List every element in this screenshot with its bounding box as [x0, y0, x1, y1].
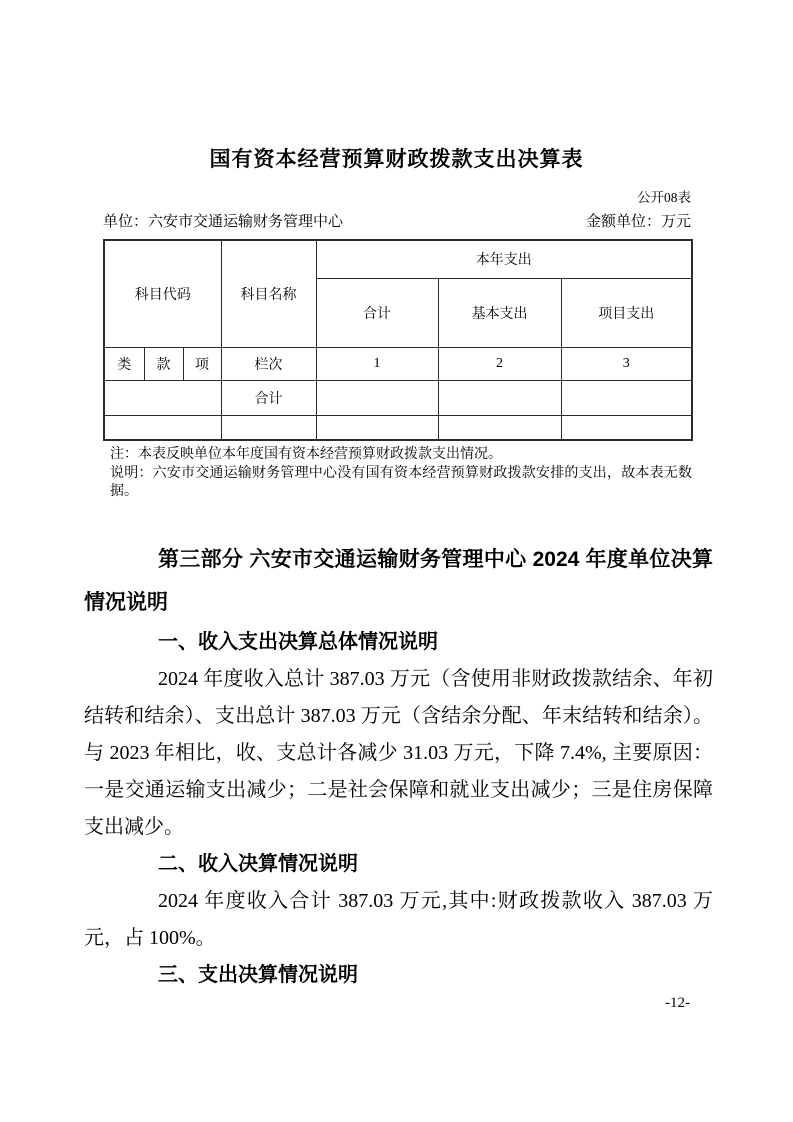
- cell-empty-basic: [438, 415, 561, 440]
- amount-unit-label: 金额单位：万元: [586, 214, 691, 231]
- cell-empty-project: [561, 415, 692, 440]
- th-basic-expenditure: 基本支出: [438, 278, 561, 347]
- paragraph-overview: 2024 年度收入总计 387.03 万元（含使用非财政拨款结余、年初结转和结余…: [84, 661, 713, 846]
- table-row-empty: [104, 415, 692, 440]
- th-subject-code: 科目代码: [104, 240, 221, 347]
- th-category: 类: [104, 347, 144, 380]
- heading-income-detail: 二、收入决算情况说明: [84, 846, 713, 883]
- unit-label: 单位：六安市交通运输财务管理中心: [103, 214, 343, 231]
- narrative-section: 第三部分 六安市交通运输财务管理中心 2024 年度单位决算情况说明 一、收入支…: [84, 538, 713, 994]
- th-subject-name: 科目名称: [221, 240, 316, 347]
- table-notes: 注：本表反映单位本年度国有资本经营预算财政拨款支出情况。 说明：六安市交通运输财…: [110, 446, 692, 502]
- budget-table: 科目代码 科目名称 本年支出 合计 基本支出 项目支出 类 款 项 栏次 1 2…: [103, 239, 693, 441]
- th-project-expenditure: 项目支出: [561, 278, 692, 347]
- cell-total-project: [561, 380, 692, 415]
- table-row-header-1: 科目代码 科目名称 本年支出: [104, 240, 692, 278]
- cell-total-code: [104, 380, 221, 415]
- cell-empty-sum: [316, 415, 438, 440]
- table-row-total: 合计: [104, 380, 692, 415]
- page-title: 国有资本经营预算财政拨款支出决算表: [0, 146, 793, 173]
- th-col-1: 1: [316, 347, 438, 380]
- cell-empty-name: [221, 415, 316, 440]
- table-meta-row: 单位：六安市交通运输财务管理中心 金额单位：万元: [103, 214, 691, 231]
- section-heading-part3: 第三部分 六安市交通运输财务管理中心 2024 年度单位决算情况说明: [84, 538, 713, 624]
- paragraph-income-detail: 2024 年度收入合计 387.03 万元,其中:财政拨款收入 387.03 万…: [84, 883, 713, 957]
- note-line-2: 说明：六安市交通运输财务管理中心没有国有资本经营预算财政拨款安排的支出，故本表无…: [110, 465, 692, 502]
- cell-total-basic: [438, 380, 561, 415]
- th-item: 项: [183, 347, 221, 380]
- heading-expenditure-detail: 三、支出决算情况说明: [84, 957, 713, 994]
- public-table-number: 公开08表: [103, 190, 691, 205]
- th-column-label: 栏次: [221, 347, 316, 380]
- table-row-column-index: 类 款 项 栏次 1 2 3: [104, 347, 692, 380]
- table-area: 公开08表 单位：六安市交通运输财务管理中心 金额单位：万元 科目代码 科目名称…: [103, 190, 691, 441]
- th-section: 款: [144, 347, 183, 380]
- th-total: 合计: [316, 278, 438, 347]
- th-col-2: 2: [438, 347, 561, 380]
- document-page: 国有资本经营预算财政拨款支出决算表 公开08表 单位：六安市交通运输财务管理中心…: [0, 0, 793, 1122]
- cell-total-name: 合计: [221, 380, 316, 415]
- heading-income-expenditure-overview: 一、收入支出决算总体情况说明: [84, 624, 713, 661]
- note-line-1: 注：本表反映单位本年度国有资本经营预算财政拨款支出情况。: [110, 446, 692, 465]
- th-current-year-expenditure: 本年支出: [316, 240, 692, 278]
- page-number: -12-: [665, 995, 690, 1012]
- cell-total-sum: [316, 380, 438, 415]
- cell-empty-code: [104, 415, 221, 440]
- th-col-3: 3: [561, 347, 692, 380]
